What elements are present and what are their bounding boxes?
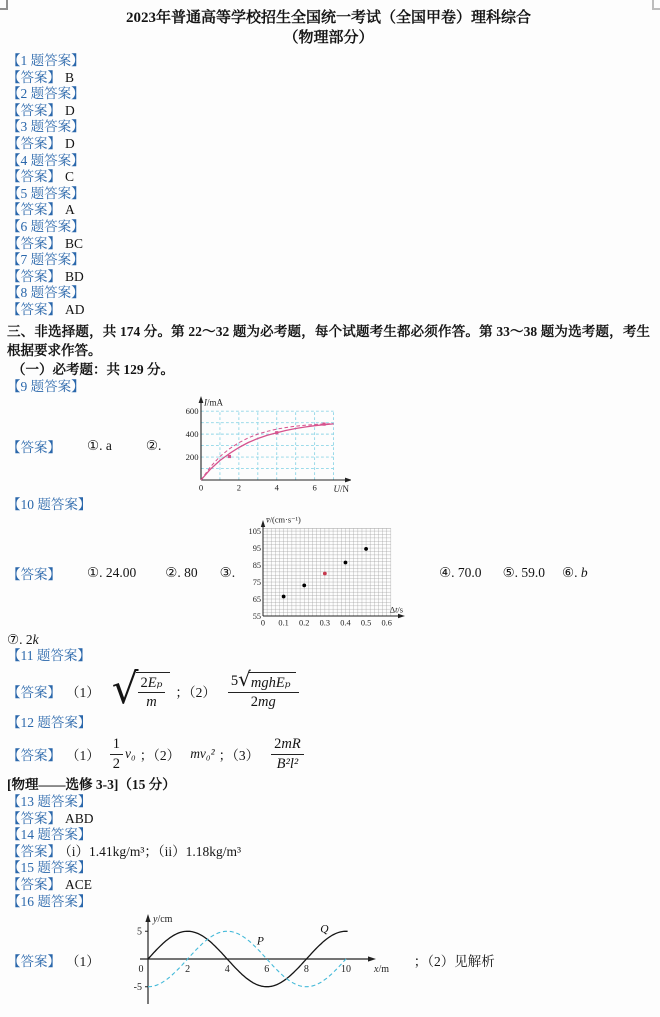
question-label-1: 【1 题答案】 [7,53,650,70]
svg-text:0.6: 0.6 [382,618,392,627]
svg-text:Q: Q [320,923,329,935]
blank-10-3: ③. [220,565,235,581]
variable-Ep: Eₚ [148,675,163,691]
blank-9-1: ①. a [87,438,112,454]
answer-line-7: 【答案】BD [7,269,650,286]
svg-text:200: 200 [186,452,199,462]
answer-line-13: 【答案】ABD [7,811,650,828]
part-1-label: （1） [66,744,100,764]
variable-mR: mR [281,736,300,752]
blank-10-7-var: k [33,632,39,647]
answer-label: 【答案】 [7,269,61,284]
answer-label: 【答案】 [7,811,61,826]
svg-text:0.3: 0.3 [320,618,330,627]
svg-text:Δt/s: Δt/s [390,605,403,614]
answer-label: 【答案】 [7,136,61,151]
question-label-15: 【15 题答案】 [7,860,650,877]
answer-value-3: D [65,136,75,151]
answer-value-1: B [65,70,74,85]
answer-value-8: AD [65,302,85,317]
answer-row-16: 【答案】 （1） QP5-50246810x/my/cm ；（2）见解析 [7,910,650,1010]
answer-value-2: D [65,103,75,118]
blank-10-2: ②. 80 [165,565,197,581]
svg-text:75: 75 [253,578,261,587]
title-line1: 2023年普通高等学校招生全国统一考试（全国甲卷）理科综合 [7,9,650,29]
svg-text:105: 105 [249,527,261,536]
answer-label: 【答案】 [7,681,61,701]
answer-label: 【答案】 [7,236,61,251]
fraction-denominator: m [146,693,156,710]
svg-text:5: 5 [137,927,142,938]
fraction-numerator: 1 [110,736,123,754]
fraction-2mR-over-B2l2: 2mR B²l² [271,736,304,771]
svg-text:0: 0 [199,483,203,493]
svg-text:4: 4 [275,483,280,493]
question-label-11: 【11 题答案】 [7,648,650,665]
blank-10-7-line: ⑦. 2k [7,632,650,649]
blank-9-2: ②. [146,438,161,454]
answer-row-9: 【答案】 ①. a ②. 0246200400600I/mAU/N [7,395,650,497]
question-label-16: 【16 题答案】 [7,894,650,911]
question-label-10: 【10 题答案】 [7,497,650,514]
radicand: 2Eₚ m [136,672,171,710]
coefficient: 5 [231,673,238,689]
coefficient: 2 [251,694,258,710]
answer-row-10: 【答案】 ①. 24.00 ②. 80 ③. 00.10.20.30.40.50… [7,514,650,632]
answer-line-5: 【答案】A [7,202,650,219]
answer-label: 【答案】 [7,202,61,217]
answer-line-1: 【答案】B [7,70,650,87]
answer-value-13: ABD [65,811,94,826]
answer-value-5: A [65,202,75,217]
answer-label: 【答案】 [7,950,61,970]
radical-sign: √ [112,668,139,710]
question-label-5: 【5 题答案】 [7,186,650,203]
question-label-12: 【12 题答案】 [7,715,650,732]
answer-line-2: 【答案】D [7,103,650,120]
fraction-one-half: 1 2 [110,736,123,771]
part-1-label: （1） [66,681,100,701]
page-corner-mark-right [652,0,660,10]
answer-label: 【答案】 [7,70,61,85]
avg-velocity-chart: 00.10.20.30.40.50.65565758595105v̄/(cm·s… [237,514,405,632]
page-title: 2023年普通高等学校招生全国统一考试（全国甲卷）理科综合 （物理部分） [7,9,650,48]
answer-label: 【答案】 [7,744,61,764]
fraction: 2Eₚ m [138,675,166,710]
blank-10-4: ④. 70.0 [439,565,481,581]
iu-chart: 0246200400600I/mAU/N [173,395,351,497]
fraction-denominator: B²l² [277,755,299,772]
question-label-14: 【14 题答案】 [7,827,650,844]
fraction-denominator: 2 [113,755,120,772]
answer-row-12: 【答案】 （1） 1 2 v₀ ；（2） mv₀² ；（3） 2mR B²l² [7,736,650,771]
answer-label: 【答案】 [7,436,61,456]
answer-line-14: 【答案】（i）1.41kg/m³；（ii）1.18kg/m³ [7,844,650,861]
answer-line-4: 【答案】C [7,169,650,186]
answer-line-6: 【答案】BC [7,236,650,253]
question-label-8: 【8 题答案】 [7,285,650,302]
answer-value-4: C [65,169,74,184]
answer-value-14: （i）1.41kg/m³；（ii）1.18kg/m³ [65,844,241,859]
answer-row-11: 【答案】 （1） √ 2Eₚ m ；（2） 5 √mghEₚ 2mg [7,670,650,712]
answer-value-15: ACE [65,877,92,892]
fraction-numerator: 5 √mghEₚ [228,671,299,693]
term-mv0-squared: mv₀² [190,746,214,762]
part-2-separator: ；（2） [140,744,181,764]
formula-sqrt-2Ep-over-m: √ 2Eₚ m [112,670,171,712]
blank-10-1: ①. 24.00 [87,565,136,581]
question-label-3: 【3 题答案】 [7,119,650,136]
page-corner-mark-left [0,0,8,10]
question-label-6: 【6 题答案】 [7,219,650,236]
blank-10-6-prefix: ⑥. [562,565,581,580]
title-line2: （物理部分） [7,29,650,49]
see-analysis-text: ；（2）见解析 [414,950,495,970]
answer-label: 【答案】 [7,302,61,317]
svg-text:0.1: 0.1 [279,618,289,627]
section-heading: 三、非选择题，共 174 分。第 22～32 题为必考题，每个试题考生都必须作答… [7,322,650,360]
radicand: mghEₚ [249,672,296,691]
svg-text:U/N: U/N [334,484,350,494]
question-label-7: 【7 题答案】 [7,252,650,269]
svg-text:6: 6 [264,964,269,975]
answer-line-8: 【答案】AD [7,302,650,319]
svg-text:0: 0 [138,964,143,975]
blank-10-6-var: b [581,565,588,580]
question-label-13: 【13 题答案】 [7,794,650,811]
svg-text:y/cm: y/cm [152,914,173,925]
answer-label: 【答案】 [7,877,61,892]
svg-text:55: 55 [253,611,261,620]
svg-text:v̄/(cm·s⁻¹): v̄/(cm·s⁻¹) [266,515,301,524]
formula-5sqrt-mghEp-over-2mg: 5 √mghEₚ 2mg [228,671,299,710]
blank-10-7-prefix: ⑦. 2 [7,632,33,647]
fraction-numerator: 2Eₚ [138,675,166,693]
svg-text:95: 95 [253,544,261,553]
answer-value-6: BC [65,236,83,251]
part-1-label: （1） [66,950,100,970]
answer-line-3: 【答案】D [7,136,650,153]
part-3-separator: ；（3） [219,744,260,764]
section-subheading: （一）必考题：共 129 分。 [7,360,650,379]
radical-sign: √ [238,669,251,689]
svg-text:-5: -5 [133,982,141,993]
answer-label: 【答案】 [7,103,61,118]
svg-text:65: 65 [253,595,261,604]
svg-text:600: 600 [186,406,199,416]
variable-mg: mg [258,694,276,710]
svg-text:85: 85 [253,561,261,570]
svg-text:400: 400 [186,429,199,439]
svg-text:P: P [256,936,264,948]
svg-text:6: 6 [313,483,318,493]
answer-label: 【答案】 [7,169,61,184]
fraction-numerator: 2mR [271,736,304,754]
blank-10-5: ⑤. 59.0 [503,565,545,581]
answer-label: 【答案】 [7,563,61,583]
svg-text:0.5: 0.5 [361,618,371,627]
part-2-separator: ；（2） [175,681,216,701]
question-label-9: 【9 题答案】 [7,379,650,396]
svg-text:2: 2 [237,483,241,493]
inner-sqrt: √mghEₚ [238,671,295,691]
question-label-2: 【2 题答案】 [7,86,650,103]
answer-line-15: 【答案】ACE [7,877,650,894]
svg-text:0.4: 0.4 [340,618,351,627]
fraction-denominator: 2mg [251,693,276,710]
variable-v0: v₀ [125,746,136,762]
coefficient: 2 [141,675,148,691]
svg-text:10: 10 [341,964,351,975]
svg-text:0: 0 [261,618,265,627]
blank-10-6: ⑥. b [562,565,588,581]
svg-text:2: 2 [185,964,190,975]
question-label-4: 【4 题答案】 [7,153,650,170]
svg-text:x/m: x/m [373,964,389,975]
wave-chart: QP5-50246810x/my/cm [108,910,402,1010]
choice-answer-list: 【1 题答案】 【答案】B 【2 题答案】 【答案】D 【3 题答案】 【答案】… [7,53,650,319]
answer-value-7: BD [65,269,84,284]
svg-text:0.2: 0.2 [299,618,309,627]
answer-label: 【答案】 [7,844,61,859]
svg-text:I/mA: I/mA [203,398,224,408]
coefficient: 2 [274,736,281,752]
svg-text:8: 8 [304,964,309,975]
answer-sheet-page: 2023年普通高等学校招生全国统一考试（全国甲卷）理科综合 （物理部分） 【1 … [0,0,660,1017]
svg-text:4: 4 [224,964,229,975]
elective-section-heading: [物理——选修 3-3]（15 分） [7,775,650,794]
